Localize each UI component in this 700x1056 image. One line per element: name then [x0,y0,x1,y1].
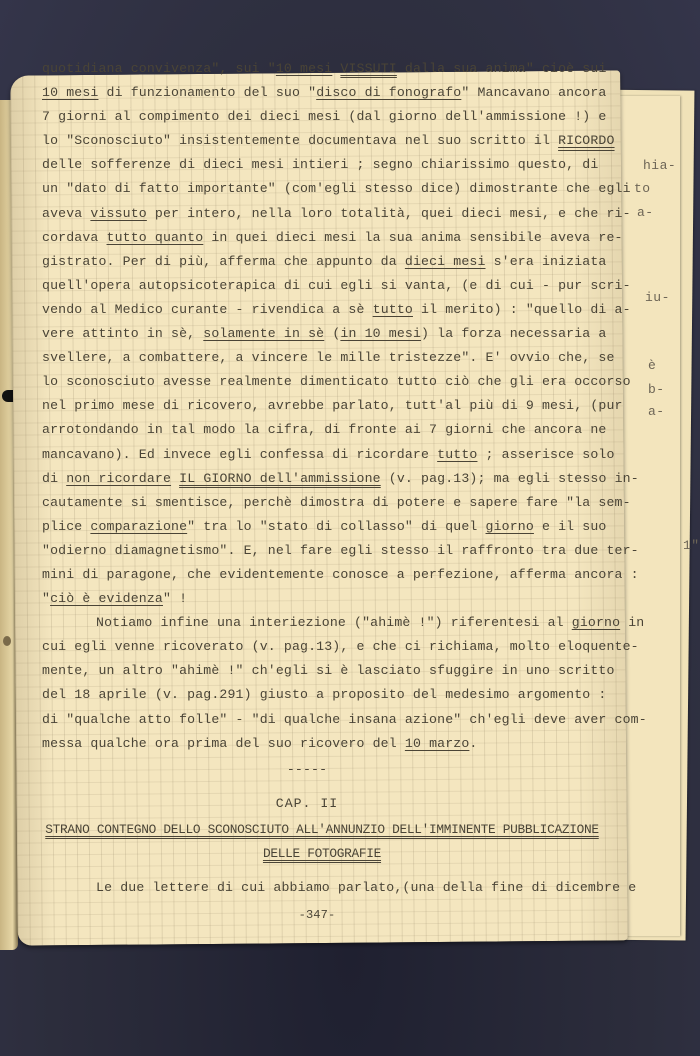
text-segment: 7 giorni al compimento dei dieci mesi (d… [42,109,606,124]
text-segment: un "dato di fatto importante" (com'egli … [42,181,631,196]
text-segment: ( [324,326,340,341]
text-line: aveva vissuto per intero, nella loro tot… [42,202,632,226]
text-line: di "qualche atto folle" - "di qualche in… [42,708,632,732]
underlined-text: 10 mesi [276,61,332,76]
text-line: mancavano). Ed invece egli confessa di r… [42,443,632,467]
text-segment: quell'opera autopsicoterapica di cui egl… [42,278,631,293]
margin-fragment: iu- [645,290,670,305]
underlined-text: RICORDO [558,133,614,148]
text-segment: vere attinto in sè, [42,326,203,341]
underlined-text: non ricordare [66,471,171,486]
text-line: plice comparazione" tra lo "stato di col… [42,515,632,539]
margin-fragment: 1" [683,538,700,553]
section-separator: ----- [42,756,572,784]
text-line: "ciò è evidenza" ! [42,587,632,611]
text-segment: " tra lo "stato di collasso" di quel [187,519,485,534]
text-segment: lo sconosciuto avesse realmente dimentic… [42,374,631,389]
text-segment: " Mancavano ancora [461,85,606,100]
margin-fragment: a- [637,205,654,220]
text-segment: lo "Sconosciuto" insistentemente documen… [42,133,558,148]
text-segment: quotidiana convivenza", sui " [42,61,276,76]
underlined-text: vissuto [90,206,146,221]
text-segment: di [42,471,66,486]
margin-fragment: è [648,358,656,373]
underlined-text: disco di fonografo [316,85,461,100]
text-segment: (v. pag.13); ma egli stesso in- [381,471,639,486]
text-segment: il merito) : "quello di a- [413,302,631,317]
text-segment: "odierno diamagnetismo". E, nel fare egl… [42,543,639,558]
text-line: di non ricordare IL GIORNO dell'ammissio… [42,467,632,491]
underlined-text: giorno [572,615,620,630]
underlined-text: VISSUTI [340,61,396,76]
text-segment: delle sofferenze di dieci mesi intieri ;… [42,157,598,172]
text-line: "odierno diamagnetismo". E, nel fare egl… [42,539,632,563]
text-line: vendo al Medico curante - rivendica a sè… [42,298,632,322]
margin-fragment: a- [648,404,665,419]
margin-fragment: hia- [643,158,676,173]
text-segment: vendo al Medico curante - rivendica a sè [42,302,373,317]
underlined-text: tutto [373,302,413,317]
text-segment: dalla sua anima" cioè sui [397,61,607,76]
chapter-label: CAP. II [42,784,572,818]
text-segment: arrotondando in tal modo la cifra, di fr… [42,422,606,437]
text-line: vere attinto in sè, solamente in sè (in … [42,322,632,346]
text-segment: di funzionamento del suo " [98,85,316,100]
text-segment: mini di paragone, che evidentemente cono… [42,567,639,582]
text-line: gistrato. Per di più, afferma che appunt… [42,250,632,274]
text-segment: " ! [163,591,187,606]
text-segment: mente, un altro "ahimè !" ch'egli si è l… [42,663,615,678]
text-segment: gistrato. Per di più, afferma che appunt… [42,254,405,269]
text-line: 10 mesi di funzionamento del suo "disco … [42,81,632,105]
page-number: -347- [42,903,592,927]
text-segment: per intero, nella loro totalità, quei di… [147,206,631,221]
chapter-title-line-1: STRANO CONTEGNO DELLO SCONOSCIUTO ALL'AN… [42,818,602,842]
text-line: mini di paragone, che evidentemente cono… [42,563,632,587]
underlined-text: comparazione [90,519,187,534]
text-segment: in [620,615,644,630]
margin-fragment: b- [648,382,665,397]
text-line: cordava tutto quanto in quei dieci mesi … [42,226,632,250]
text-line: cautamente si smentisce, perchè dimostra… [42,491,632,515]
text-line: quell'opera autopsicoterapica di cui egl… [42,274,632,298]
underlined-text: IL GIORNO dell'ammissione [179,471,381,486]
underlined-text: 10 mesi [42,85,98,100]
text-line: svellere, a combattere, a vincere le mil… [42,346,632,370]
underlined-text: ciò è evidenza [50,591,163,606]
underlined-text: 10 marzo [405,736,470,751]
underlined-text: tutto quanto [107,230,204,245]
text-segment: . [469,736,477,751]
margin-fragment: to [634,181,651,196]
text-segment: ) la forza necessaria a [421,326,606,341]
text-line: del 18 aprile (v. pag.291) giusto a prop… [42,683,632,707]
text-segment: e il suo [534,519,607,534]
text-segment: s'era iniziata [486,254,607,269]
underlined-text: giorno [486,519,534,534]
text-segment [171,471,179,486]
text-segment: in quei dieci mesi la sua anima sensibil… [203,230,622,245]
text-segment: ; asserisce solo [477,447,614,462]
punch-hole-icon [3,636,11,646]
text-line: nel primo mese di ricovero, avrebbe parl… [42,394,632,418]
underlined-text: dieci mesi [405,254,486,269]
underlined-text: tutto [437,447,477,462]
paragraph-2: Notiamo infine una interiezione ("ahimè … [42,611,632,756]
text-segment: nel primo mese di ricovero, avrebbe parl… [42,398,623,413]
text-segment: di "qualche atto folle" - "di qualche in… [42,712,647,727]
text-line: lo "Sconosciuto" insistentemente documen… [42,129,632,153]
chapter-title-line-2: DELLE FOTOGRAFIE [42,842,602,866]
text-line: arrotondando in tal modo la cifra, di fr… [42,418,632,442]
text-segment: mancavano). Ed invece egli confessa di r… [42,447,437,462]
text-line: Notiamo infine una interiezione ("ahimè … [42,611,632,635]
text-segment: aveva [42,206,90,221]
paragraph-3-first-line: Le due lettere di cui abbiamo parlato,(u… [42,876,632,900]
page-text: quotidiana convivenza", sui "10 mesi VIS… [42,57,632,927]
text-segment: cui egli venne ricoverato (v. pag.13), e… [42,639,639,654]
text-segment: svellere, a combattere, a vincere le mil… [42,350,615,365]
text-line: quotidiana convivenza", sui "10 mesi VIS… [42,57,632,81]
text-line: lo sconosciuto avesse realmente dimentic… [42,370,632,394]
text-segment: Notiamo infine una interiezione ("ahimè … [96,615,572,630]
text-segment: del 18 aprile (v. pag.291) giusto a prop… [42,687,606,702]
underlined-text: in 10 mesi [340,326,421,341]
text-line: un "dato di fatto importante" (com'egli … [42,177,632,201]
text-segment: " [42,591,50,606]
text-line: mente, un altro "ahimè !" ch'egli si è l… [42,659,632,683]
text-line: cui egli venne ricoverato (v. pag.13), e… [42,635,632,659]
paragraph-1: quotidiana convivenza", sui "10 mesi VIS… [42,57,632,611]
underlined-text: solamente in sè [203,326,324,341]
text-line: messa qualche ora prima del suo ricovero… [42,732,632,756]
text-segment: cautamente si smentisce, perchè dimostra… [42,495,631,510]
text-segment: plice [42,519,90,534]
text-line: delle sofferenze di dieci mesi intieri ;… [42,153,632,177]
text-segment: cordava [42,230,107,245]
text-segment: messa qualche ora prima del suo ricovero… [42,736,405,751]
text-line: 7 giorni al compimento dei dieci mesi (d… [42,105,632,129]
